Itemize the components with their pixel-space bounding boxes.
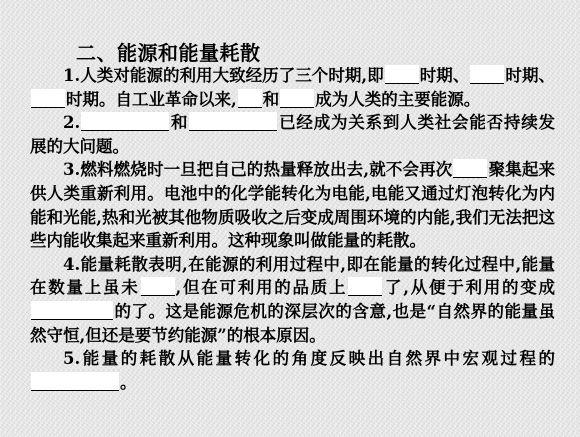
question-2: 2.和已经成为关系到人类社会能否持续发展的大问题。: [30, 111, 555, 158]
question-text: 能量的耗散从能量转化的角度反映出自然界中宏观过程的: [80, 349, 555, 368]
answer-blank[interactable]: [470, 65, 504, 84]
answer-blank[interactable]: [31, 301, 113, 320]
question-text: 。: [120, 373, 137, 392]
answer-blank[interactable]: [453, 159, 487, 178]
document-body: 1.人类对能源的利用大致经历了三个时期,即时期、时期、时期。自工业革命以来,和成…: [30, 64, 555, 394]
answer-blank[interactable]: [385, 65, 419, 84]
question-number: 1.: [63, 66, 80, 85]
question-1: 1.人类对能源的利用大致经历了三个时期,即时期、时期、时期。自工业革命以来,和成…: [30, 64, 555, 111]
question-text: 和: [263, 90, 280, 109]
question-text: 和: [170, 113, 188, 132]
question-text: 成为人类的主要能源。: [315, 90, 480, 109]
answer-blank[interactable]: [141, 277, 175, 296]
question-text: 时期、: [505, 66, 555, 85]
question-number: 4.: [63, 255, 80, 274]
question-4: 4.能量耗散表明,在能源的利用过程中,即在能量的转化过程中,能量在数量上虽未,但…: [30, 253, 555, 347]
section-title: 二、能源和能量耗散: [76, 37, 261, 66]
answer-blank[interactable]: [348, 277, 382, 296]
question-text: 人类对能源的利用大致经历了三个时期,即: [80, 66, 384, 85]
answer-blank[interactable]: [189, 112, 277, 131]
answer-blank[interactable]: [81, 112, 169, 131]
question-3: 3.燃料燃烧时一旦把自己的热量释放出去,就不会再次聚集起来供人类重新利用。电池中…: [30, 158, 555, 252]
question-text: 时期、: [420, 66, 470, 85]
question-number: 2.: [63, 113, 80, 132]
question-text: 时期。自工业革命以来,: [66, 90, 237, 109]
question-text: ,但在可利用的品质上: [176, 278, 348, 297]
answer-blank[interactable]: [238, 89, 262, 108]
question-5: 5.能量的耗散从能量转化的角度反映出自然界中宏观过程的。: [30, 347, 555, 394]
question-number: 3.: [63, 160, 80, 179]
question-number: 5.: [63, 349, 80, 368]
question-text: 燃料燃烧时一旦把自己的热量释放出去,就不会再次: [80, 160, 452, 179]
answer-blank[interactable]: [31, 89, 65, 108]
question-text: 了,从便于利用的变成: [383, 278, 555, 297]
answer-blank[interactable]: [31, 372, 119, 391]
answer-blank[interactable]: [280, 89, 314, 108]
